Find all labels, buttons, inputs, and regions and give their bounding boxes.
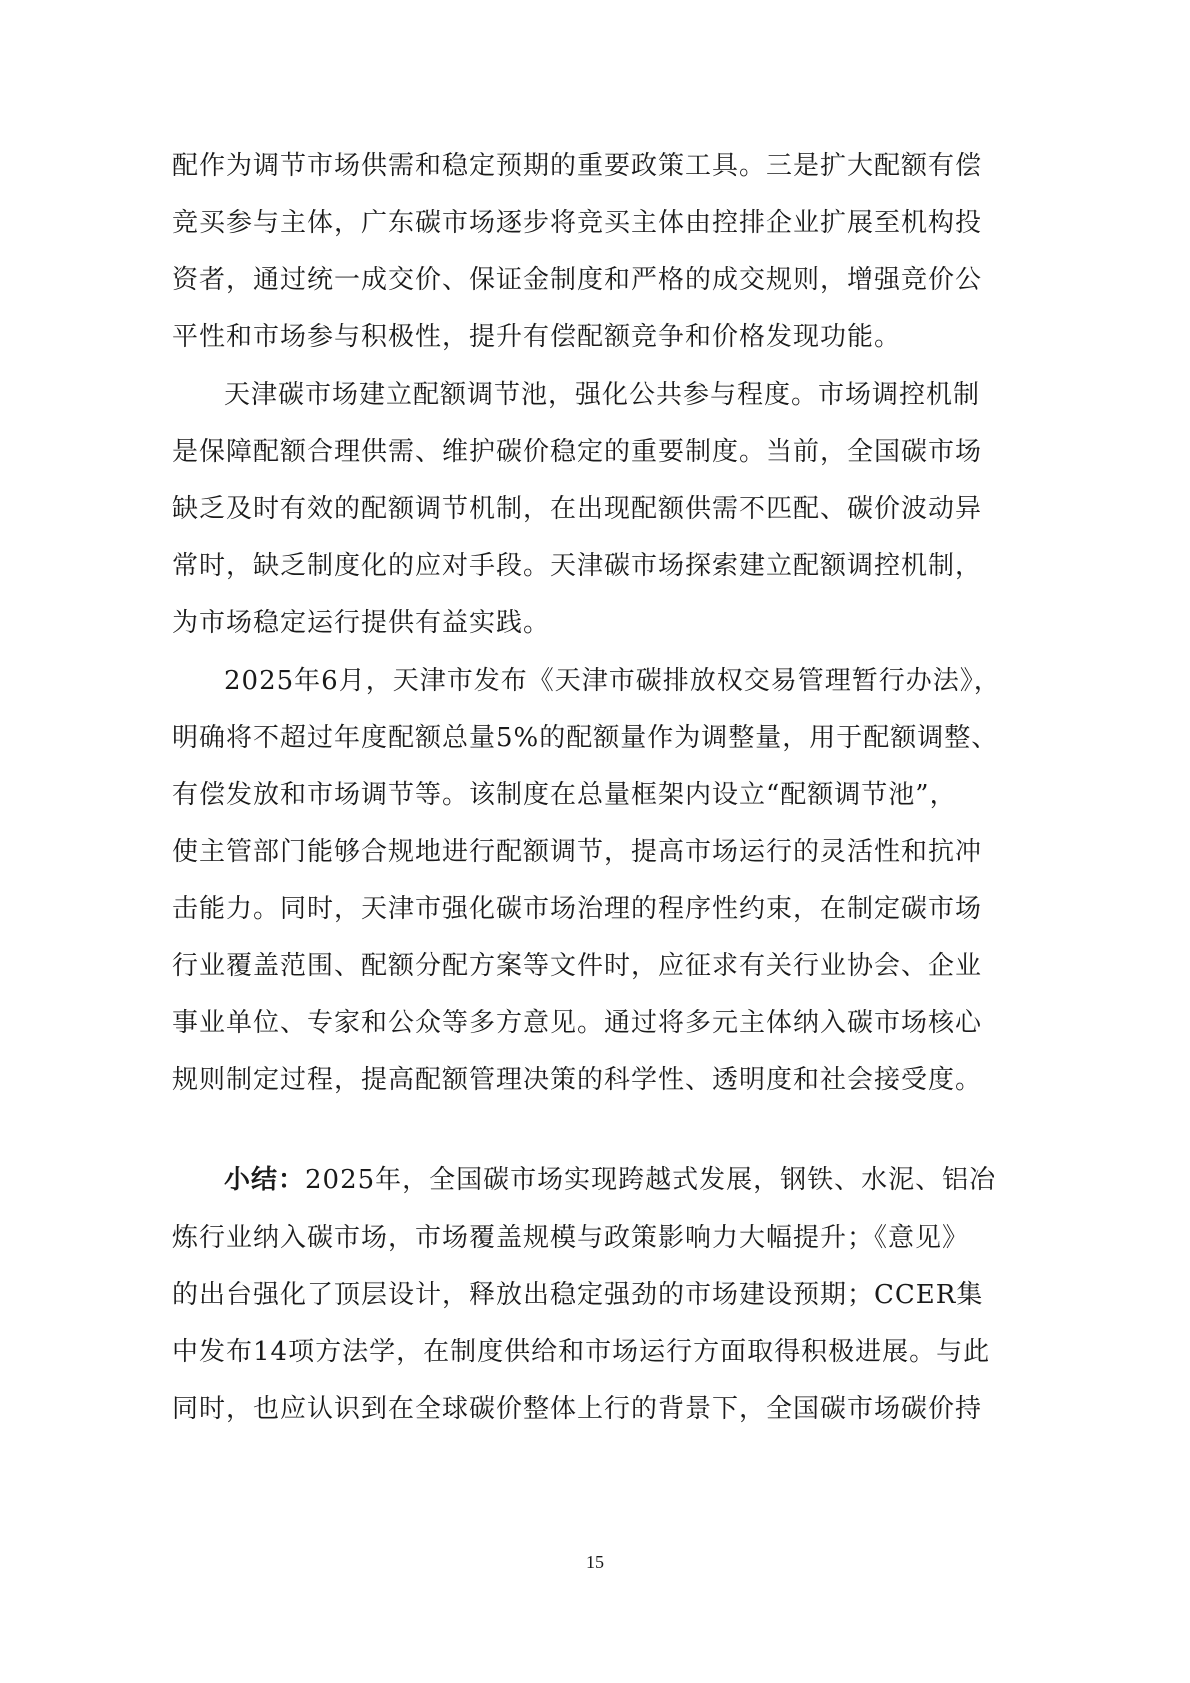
document-page: 配作为调节市场供需和稳定预期的重要政策工具。三是扩大配额有偿 竞买参与主体，广东… — [0, 0, 1190, 1683]
text-line: 平性和市场参与积极性，提升有偿配额竞争和价格发现功能。 — [172, 317, 942, 357]
paragraph-first-line: 2025年6月，天津市发布《天津市碳排放权交易管理暂行办法》， — [224, 661, 942, 701]
text-line: 资者，通过统一成交价、保证金制度和严格的成交规则，增强竞价公 — [172, 260, 942, 300]
text-line: 缺乏及时有效的配额调节机制，在出现配额供需不匹配、碳价波动异 — [172, 489, 942, 529]
text-line: 行业覆盖范围、配额分配方案等文件时，应征求有关行业协会、企业 — [172, 946, 942, 986]
text-line: 的出台强化了顶层设计，释放出稳定强劲的市场建设预期；CCER集 — [172, 1275, 942, 1315]
text-line: 配作为调节市场供需和稳定预期的重要政策工具。三是扩大配额有偿 — [172, 146, 942, 186]
text-line: 炼行业纳入碳市场，市场覆盖规模与政策影响力大幅提升；《意见》 — [172, 1218, 942, 1258]
summary-first-line: 小结：2025年，全国碳市场实现跨越式发展，钢铁、水泥、铝冶 — [224, 1160, 942, 1200]
paragraph-first-line: 天津碳市场建立配额调节池，强化公共参与程度。市场调控机制 — [224, 375, 942, 415]
text-line: 击能力。同时，天津市强化碳市场治理的程序性约束，在制定碳市场 — [172, 889, 942, 929]
text-line: 竞买参与主体，广东碳市场逐步将竞买主体由控排企业扩展至机构投 — [172, 203, 942, 243]
text-line: 明确将不超过年度配额总量5%的配额量作为调整量，用于配额调整、 — [172, 718, 942, 758]
text-line: 是保障配额合理供需、维护碳价稳定的重要制度。当前，全国碳市场 — [172, 432, 942, 472]
text-line: 规则制定过程，提高配额管理决策的科学性、透明度和社会接受度。 — [172, 1060, 942, 1100]
text-line: 有偿发放和市场调节等。该制度在总量框架内设立“配额调节池”， — [172, 775, 942, 815]
text-line: 使主管部门能够合规地进行配额调节，提高市场运行的灵活性和抗冲 — [172, 832, 942, 872]
text-line: 事业单位、专家和公众等多方意见。通过将多元主体纳入碳市场核心 — [172, 1003, 942, 1043]
page-number: 15 — [0, 1552, 1190, 1573]
text-line: 常时，缺乏制度化的应对手段。天津碳市场探索建立配额调控机制， — [172, 546, 942, 586]
text-line: 同时，也应认识到在全球碳价整体上行的背景下，全国碳市场碳价持 — [172, 1389, 942, 1429]
summary-text: 2025年，全国碳市场实现跨越式发展，钢铁、水泥、铝冶 — [305, 1165, 996, 1195]
summary-lead-label: 小结： — [224, 1165, 305, 1195]
text-line: 为市场稳定运行提供有益实践。 — [172, 603, 942, 643]
text-line: 中发布14项方法学，在制度供给和市场运行方面取得积极进展。与此 — [172, 1332, 942, 1372]
